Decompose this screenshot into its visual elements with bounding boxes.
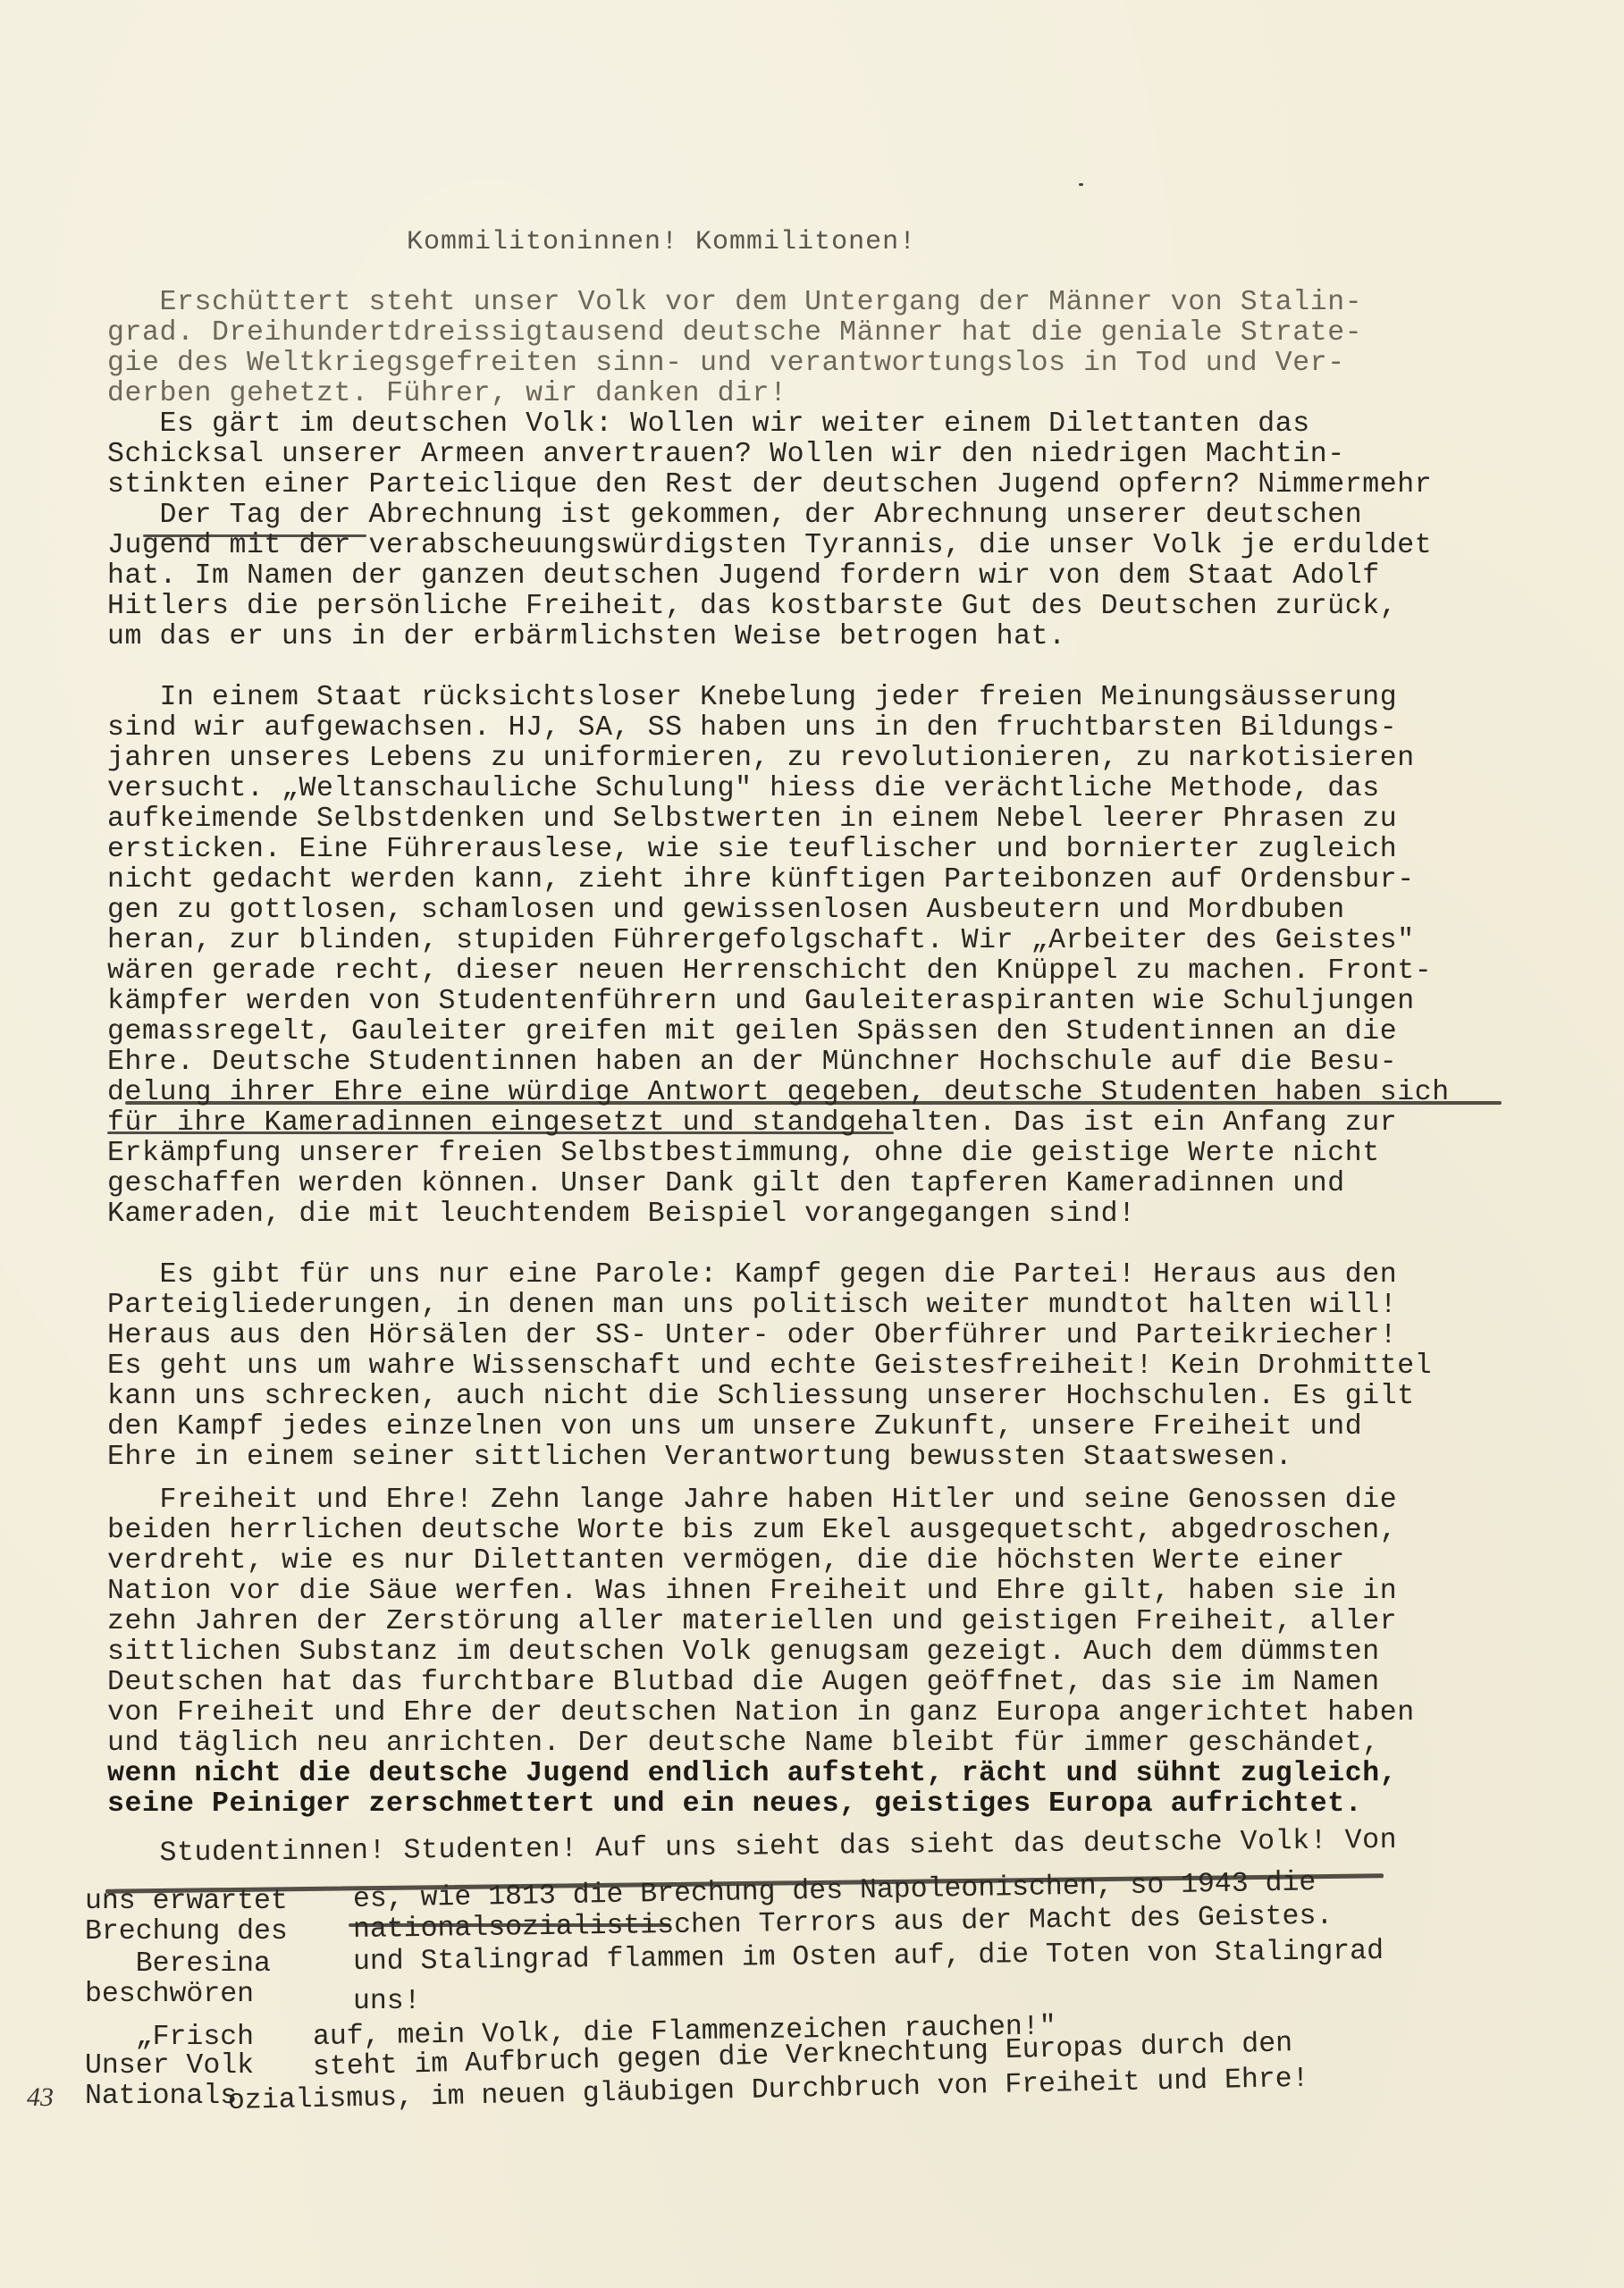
text-line: grad. Dreihundertdreissigtausend deutsch… — [107, 318, 1362, 349]
document-page: Kommilitoninnen! Kommilitonen! Erschütte… — [0, 0, 1624, 2288]
text-line: Ehre. Deutsche Studentinnen haben an der… — [107, 1047, 1397, 1078]
text-line: für ihre Kameradinnen eingesetzt und sta… — [107, 1108, 1397, 1139]
text-line: wenn nicht die deutsche Jugend endlich a… — [107, 1759, 1397, 1789]
text-line: stinkten einer Parteiclique den Rest der… — [107, 470, 1432, 500]
text-line: verdreht, wie es nur Dilettanten vermöge… — [107, 1546, 1345, 1577]
text-line: wären gerade recht, dieser neuen Herrens… — [107, 956, 1432, 987]
text-line: sittlichen Substanz im deutschen Volk ge… — [107, 1637, 1380, 1668]
text-line: Ehre in einem seiner sittlichen Verantwo… — [107, 1443, 1292, 1473]
text-line: ersticken. Eine Führerauslese, wie sie t… — [107, 835, 1397, 865]
text-line: geschaffen werden können. Unser Dank gil… — [107, 1169, 1345, 1199]
text-line: Es gärt im deutschen Volk: Wollen wir we… — [107, 409, 1310, 440]
text-line: und täglich neu anrichten. Der deutsche … — [107, 1729, 1380, 1759]
text-line: sind wir aufgewachsen. HJ, SA, SS haben … — [107, 713, 1397, 744]
text-line: kämpfer werden von Studentenführern und … — [107, 987, 1415, 1017]
text-line: delung ihrer Ehre eine würdige Antwort g… — [107, 1078, 1450, 1108]
left-column-text: Brechung des — [85, 1916, 288, 1947]
text-line: Jugend mit der verabscheuungswürdigsten … — [107, 531, 1432, 561]
text-line: seine Peiniger zerschmettert und ein neu… — [107, 1789, 1362, 1820]
text-line: Parteigliederungen, in denen man uns pol… — [107, 1291, 1397, 1321]
text-line: derben gehetzt. Führer, wir danken dir! — [107, 379, 787, 409]
text-line: gemassregelt, Gauleiter greifen mit geil… — [107, 1017, 1397, 1047]
right-column-text: uns! — [353, 1986, 421, 2017]
ink-speck — [1079, 183, 1083, 186]
text-line: In einem Staat rücksichtsloser Knebelung… — [107, 683, 1397, 713]
left-column-text: beschwören — [85, 1979, 254, 2010]
page-number: 43 — [27, 2082, 54, 2113]
text-line: von Freiheit und Ehre der deutschen Nati… — [107, 1698, 1415, 1729]
text-line: beiden herrlichen deutsche Worte bis zum… — [107, 1516, 1397, 1546]
text-line: heran, zur blinden, stupiden Führergefol… — [107, 926, 1415, 956]
text-line: kann uns schrecken, auch nicht die Schli… — [107, 1382, 1415, 1412]
text-line: Kameraden, die mit leuchtendem Beispiel … — [107, 1199, 1136, 1230]
text-line-underlined: Der Tag der Abrechnung ist gekommen, der… — [107, 500, 1362, 531]
text-line: Freiheit und Ehre! Zehn lange Jahre habe… — [107, 1485, 1397, 1516]
text-line: jahren unseres Lebens zu uniformieren, z… — [107, 744, 1415, 774]
text-line: Erkämpfung unserer freien Selbstbestimmu… — [107, 1139, 1380, 1169]
text-line: aufkeimende Selbstdenken und Selbstwerte… — [107, 804, 1397, 835]
text-line: den Kampf jedes einzelnen von uns um uns… — [107, 1412, 1362, 1443]
text-line: Deutschen hat das furchtbare Blutbad die… — [107, 1668, 1380, 1698]
left-column-text: uns erwartet — [85, 1886, 288, 1917]
text-line: Es geht uns um wahre Wissenschaft und ec… — [107, 1351, 1432, 1382]
left-column-text: Unser Volk — [85, 2050, 254, 2082]
text-line: Studentinnen! Studenten! Auf uns sieht d… — [107, 1826, 1398, 1870]
text-line: Es gibt für uns nur eine Parole: Kampf g… — [107, 1260, 1397, 1291]
left-column-text: Nationals — [85, 2081, 237, 2112]
text-line: gen zu gottlosen, schamlosen und gewisse… — [107, 896, 1345, 926]
text-line: Heraus aus den Hörsälen der SS- Unter- o… — [107, 1321, 1397, 1351]
text-line: versucht. „Weltanschauliche Schulung" hi… — [107, 774, 1380, 804]
text-line: Nation vor die Säue werfen. Was ihnen Fr… — [107, 1577, 1397, 1607]
left-column-text: „Frisch — [85, 2022, 254, 2053]
text-line: Erschüttert steht unser Volk vor dem Unt… — [107, 288, 1362, 318]
text-line: nicht gedacht werden kann, zieht ihre kü… — [107, 865, 1415, 896]
left-column-text: Beresina — [85, 1948, 271, 1980]
text-line: Hitlers die persönliche Freiheit, das ko… — [107, 592, 1397, 622]
document-title: Kommilitoninnen! Kommilitonen! — [407, 227, 916, 257]
text-line: Schicksal unserer Armeen anvertrauen? Wo… — [107, 440, 1345, 470]
text-line: zehn Jahren der Zerstörung aller materie… — [107, 1607, 1397, 1637]
text-line: um das er uns in der erbärmlichsten Weis… — [107, 622, 1066, 652]
text-line: hat. Im Namen der ganzen deutschen Jugen… — [107, 561, 1380, 592]
text-line: gie des Weltkriegsgefreiten sinn- und ve… — [107, 349, 1345, 379]
